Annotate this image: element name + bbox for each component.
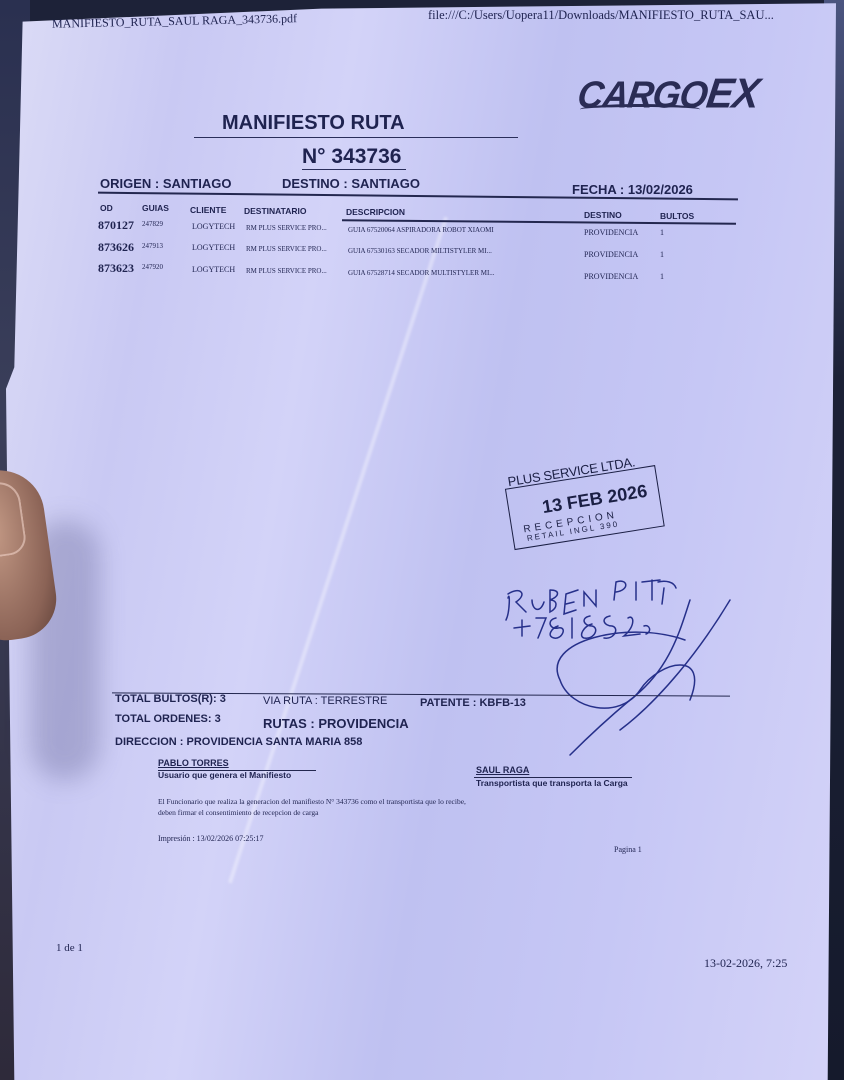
logo-accent: EX bbox=[704, 71, 762, 117]
carrier-role: Transportista que transporta la Carga bbox=[476, 778, 628, 788]
consent-note-line2: deben firmar el consentimiento de recepc… bbox=[158, 808, 318, 817]
row-destino: PROVIDENCIA bbox=[584, 272, 638, 281]
via-ruta: VIA RUTA : TERRESTRE bbox=[263, 695, 387, 707]
patente: PATENTE : KBFB-13 bbox=[420, 697, 526, 709]
row-bultos: 1 bbox=[660, 272, 664, 281]
user-role: Usuario que genera el Manifiesto bbox=[158, 770, 291, 780]
row-bultos: 1 bbox=[660, 250, 664, 259]
print-datetime: 13-02-2026, 7:25 bbox=[704, 956, 787, 971]
row-od: 873623 bbox=[98, 261, 134, 276]
col-destino: DESTINO bbox=[584, 210, 622, 220]
row-guias: 247913 bbox=[142, 242, 163, 250]
col-bultos: BULTOS bbox=[660, 211, 694, 221]
page-count: 1 de 1 bbox=[56, 942, 83, 954]
manifest-paper bbox=[6, 0, 836, 1080]
row-od: 873626 bbox=[98, 240, 134, 255]
row-guias: 247829 bbox=[142, 220, 163, 228]
col-cliente: CLIENTE bbox=[190, 205, 226, 215]
manifest-number: N° 343736 bbox=[302, 145, 401, 169]
row-destinatario: RM PLUS SERVICE PRO... bbox=[246, 224, 327, 232]
date: FECHA : 13/02/2026 bbox=[572, 182, 693, 197]
row-destinatario: RM PLUS SERVICE PRO... bbox=[246, 267, 327, 275]
direccion: DIRECCION : PROVIDENCIA SANTA MARIA 858 bbox=[115, 736, 362, 748]
user-name: PABLO TORRES bbox=[158, 758, 229, 768]
handwritten-receiver bbox=[480, 560, 750, 765]
carrier-name: SAUL RAGA bbox=[476, 765, 529, 775]
col-destinatario: DESTINATARIO bbox=[244, 206, 307, 216]
row-descripcion: GUIA 67520064 ASPIRADORA ROBOT XIAOMI bbox=[348, 226, 494, 234]
number-underline bbox=[302, 169, 406, 170]
row-od: 870127 bbox=[98, 218, 134, 233]
row-guias: 247920 bbox=[142, 263, 163, 271]
row-cliente: LOGYTECH bbox=[192, 222, 235, 231]
document-title: MANIFIESTO RUTA bbox=[222, 112, 405, 135]
col-descripcion: DESCRIPCION bbox=[346, 207, 405, 217]
rutas: RUTAS : PROVIDENCIA bbox=[263, 716, 409, 731]
col-guias: GUIAS bbox=[142, 203, 169, 213]
signature-scribble bbox=[480, 560, 750, 760]
paper-crease bbox=[228, 217, 448, 884]
row-cliente: LOGYTECH bbox=[192, 243, 235, 252]
logo-swoosh bbox=[580, 104, 700, 115]
total-ordenes: TOTAL ORDENES: 3 bbox=[115, 713, 221, 725]
consent-note-line1: El Funcionario que realiza la generacion… bbox=[158, 797, 466, 806]
total-bultos: TOTAL BULTOS(R): 3 bbox=[115, 693, 226, 705]
origin: ORIGEN : SANTIAGO bbox=[100, 176, 231, 191]
row-destino: PROVIDENCIA bbox=[584, 250, 638, 259]
title-underline bbox=[194, 137, 518, 138]
row-destino: PROVIDENCIA bbox=[584, 228, 638, 237]
row-bultos: 1 bbox=[660, 228, 664, 237]
destination: DESTINO : SANTIAGO bbox=[282, 176, 420, 191]
print-timestamp: Impresión : 13/02/2026 07:25:17 bbox=[158, 834, 264, 843]
page-label: Pagina 1 bbox=[614, 845, 642, 854]
row-destinatario: RM PLUS SERVICE PRO... bbox=[246, 245, 327, 253]
print-url: file:///C:/Users/Uopera11/Downloads/MANI… bbox=[428, 8, 774, 23]
thumbnail bbox=[0, 480, 28, 560]
row-descripcion: GUIA 67528714 SECADOR MULTISTYLER MI... bbox=[348, 269, 495, 277]
col-od: OD bbox=[100, 203, 113, 213]
row-cliente: LOGYTECH bbox=[192, 265, 235, 274]
row-descripcion: GUIA 67530163 SECADOR MILTISTYLER MI... bbox=[348, 247, 492, 255]
